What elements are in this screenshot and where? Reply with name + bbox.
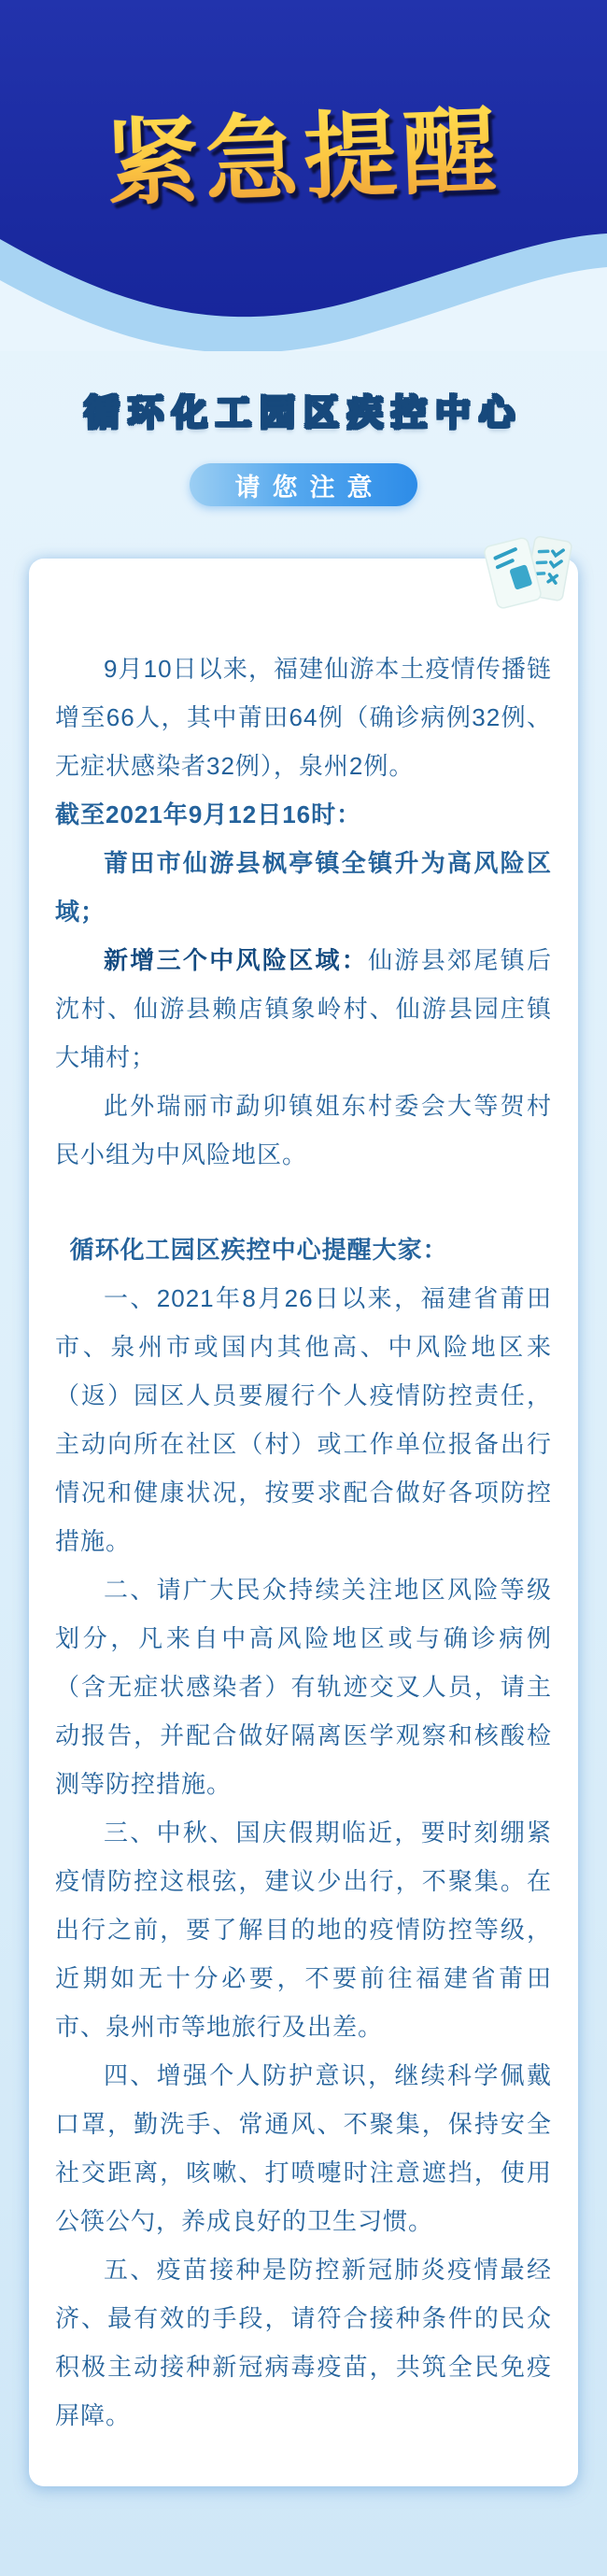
notice-item-1: 一、2021年8月26日以来，福建省莆田市、泉州市或国内其他高、中风险地区来（返…: [55, 1274, 552, 1565]
notice-paragraph-4-lead: 新增三个中风险区域：: [104, 946, 368, 974]
hero-banner: 紧急提醒: [0, 0, 607, 350]
notice-paragraph-3-high-risk: 莆田市仙游县枫亭镇全镇升为高风险区域；: [55, 839, 552, 936]
banner-title: 紧急提醒: [0, 72, 607, 228]
notice-paragraph-4-mid-risk: 新增三个中风险区域：仙游县郊尾镇后沈村、仙游县赖店镇象岭村、仙游县园庄镇大埔村；: [55, 936, 552, 1082]
notice-card: 9月10日以来，福建仙游本土疫情传播链增至66人，其中莆田64例（确诊病例32例…: [29, 559, 578, 2486]
notice-reminder-heading: 循环化工园区疾控中心提醒大家：: [55, 1225, 552, 1274]
notice-paragraph-1: 9月10日以来，福建仙游本土疫情传播链增至66人，其中莆田64例（确诊病例32例…: [55, 644, 552, 790]
documents-checklist-icon: [483, 534, 574, 615]
notice-poster: 紧急提醒 循环化工园区疾控中心 请您注意: [0, 0, 607, 2576]
notice-paragraph-2: 截至2021年9月12日16时：: [55, 790, 552, 839]
notice-item-3: 三、中秋、国庆假期临近，要时刻绷紧疫情防控这根弦，建议少出行，不聚集。在出行之前…: [55, 1808, 552, 2051]
notice-item-5: 五、疫苗接种是防控新冠肺炎疫情最经济、最有效的手段，请符合接种条件的民众积极主动…: [55, 2245, 552, 2440]
notice-card-wrap: 9月10日以来，福建仙游本土疫情传播链增至66人，其中莆田64例（确诊病例32例…: [29, 559, 578, 2486]
org-title: 循环化工园区疾控中心: [0, 384, 607, 435]
notice-item-2: 二、请广大民众持续关注地区风险等级划分，凡来自中高风险地区或与确诊病例（含无症状…: [55, 1565, 552, 1808]
wave-divider: [0, 211, 607, 351]
notice-paragraph-5: 此外瑞丽市勐卯镇姐东村委会大等贺村民小组为中风险地区。: [55, 1082, 552, 1179]
attention-badge: 请您注意: [190, 463, 417, 506]
notice-item-4: 四、增强个人防护意识，继续科学佩戴口罩，勤洗手、常通风、不聚集，保持安全社交距离…: [55, 2051, 552, 2245]
